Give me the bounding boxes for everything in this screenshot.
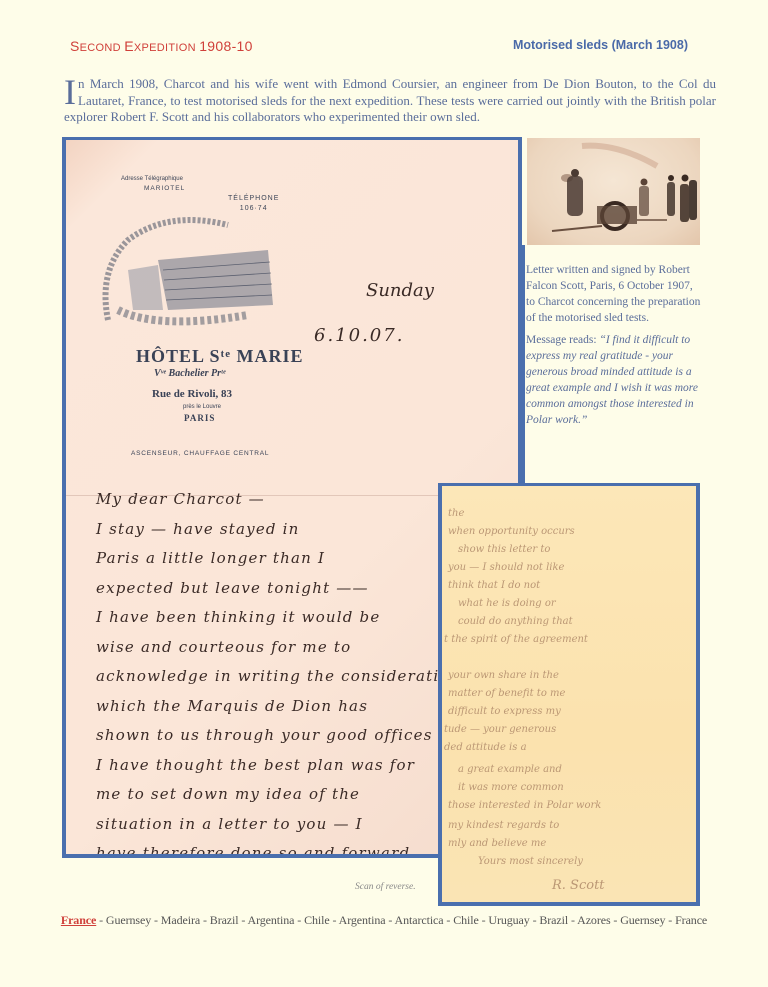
telegraph-label: Adresse Télégraphique (121, 176, 183, 182)
reverse-line: a great example and (458, 764, 562, 775)
route-remaining: - Guernsey - Madeira - Brazil - Argentin… (96, 913, 707, 927)
expedition-route: France - Guernsey - Madeira - Brazil - A… (0, 913, 768, 928)
sled-test-photo (527, 138, 700, 245)
motor-sled-photo-icon (527, 138, 700, 245)
reverse-line: tude — your generous (444, 724, 556, 735)
letter-date: 6.10.07. (314, 325, 404, 346)
proprietor: Vᵛᵉ Bachelier Prᵗᵉ (154, 368, 226, 379)
reverse-line: mly and believe me (448, 838, 546, 849)
city: PARIS (184, 413, 215, 423)
hotel-engraving-icon (98, 210, 278, 330)
message-label: Message reads: (526, 334, 599, 346)
page-topic: Motorised sleds (March 1908) (513, 38, 688, 52)
reverse-line: what he is doing or (458, 598, 556, 609)
reverse-line: show this letter to (458, 544, 550, 555)
route-current-stop[interactable]: France (61, 913, 96, 927)
signature: R. Scott (552, 878, 605, 893)
caption-description: Letter written and signed by Robert Falc… (526, 262, 702, 326)
reverse-line: you — I should not like (448, 562, 564, 573)
reverse-line: matter of benefit to me (448, 688, 565, 699)
near-louvre: près le Louvre (183, 404, 221, 410)
reverse-line: when opportunity occurs (448, 526, 575, 537)
reverse-line: difficult to express my (448, 706, 561, 717)
amenities: ASCENSEUR, CHAUFFAGE CENTRAL (131, 450, 269, 457)
intro-text: n March 1908, Charcot and his wife went … (64, 76, 716, 124)
message-quote: “I find it difficult to express my real … (526, 334, 698, 426)
telephone-label: TÉLÉPHONE (228, 194, 279, 204)
caption-divider (522, 245, 525, 483)
intro-paragraph: In March 1908, Charcot and his wife went… (64, 76, 716, 126)
reverse-line: those interested in Polar work (448, 800, 601, 811)
letter-caption: Letter written and signed by Robert Falc… (526, 262, 702, 434)
letter-day: Sunday (366, 280, 434, 301)
drop-cap: I (64, 77, 76, 107)
caption-message: Message reads: “I find it difficult to e… (526, 332, 702, 428)
reverse-line: could do anything that (458, 616, 573, 627)
letter-scan-reverse: the when opportunity occurs show this le… (438, 483, 700, 906)
reverse-line: the (448, 508, 464, 519)
reverse-caption: Scan of reverse. (355, 882, 416, 892)
reverse-line: it was more common (458, 782, 564, 793)
telegraph-address: MARIOTEL (144, 185, 185, 192)
reverse-line: t the spirit of the agreement (444, 634, 588, 645)
section-title: SECOND EXPEDITION 1908-10 (70, 38, 253, 54)
street-address: Rue de Rivoli, 83 (152, 388, 232, 400)
hotel-name: HÔTEL Sᵗᵉ MARIE (136, 346, 304, 367)
reverse-line: my kindest regards to (448, 820, 559, 831)
reverse-line: your own share in the (448, 670, 559, 681)
reverse-line: ded attitude is a (444, 742, 527, 753)
reverse-line: think that I do not (448, 580, 540, 591)
reverse-line: Yours most sincerely (478, 856, 583, 867)
